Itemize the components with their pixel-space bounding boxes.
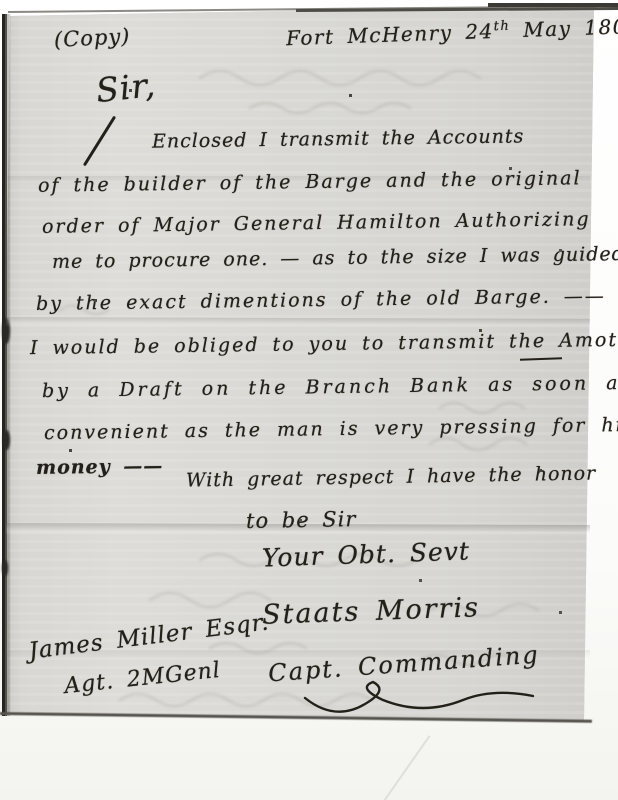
dateline-month-year: May 1800 [523, 14, 618, 42]
closing-line: to be Sir [246, 507, 357, 533]
dateline-ordinal: th [493, 19, 510, 35]
signature-flourish [300, 678, 540, 718]
scanned-letter-page: (Copy) Fort McHenry 24th May 1800 Sir, E… [0, 0, 618, 800]
copy-annotation: (Copy) [53, 24, 131, 52]
body-line: money —— [36, 455, 164, 479]
paper-specks [0, 0, 1, 1]
salutation: Sir, [94, 65, 158, 110]
